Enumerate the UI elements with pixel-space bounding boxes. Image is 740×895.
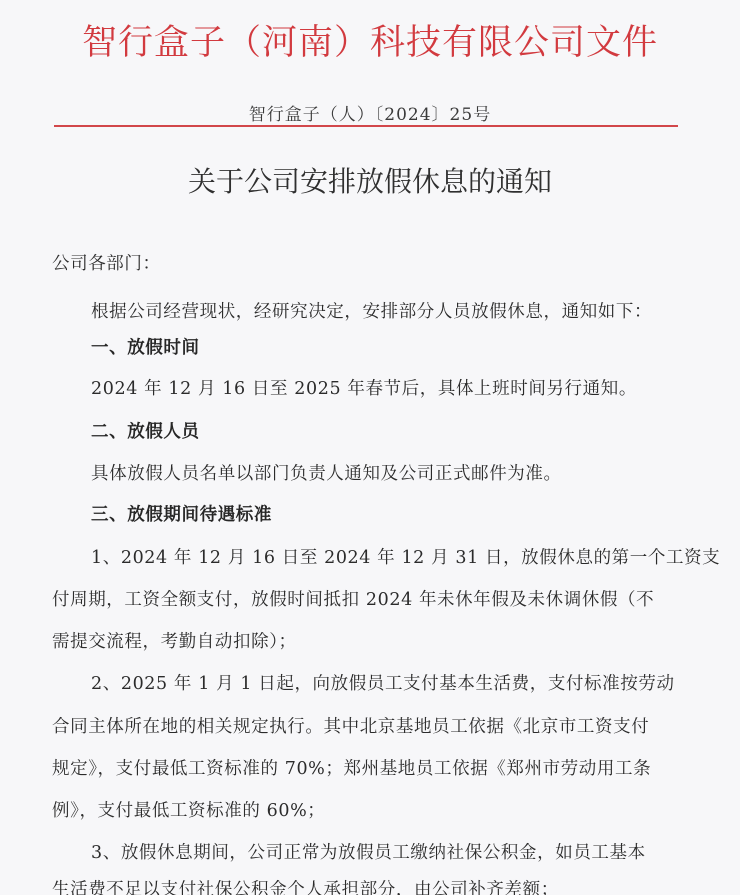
pay-item-3-line-1: 3、放假休息期间，公司正常为放假员工缴纳社保公积金，如员工基本 xyxy=(91,841,646,865)
pay-item-2-line-2: 合同主体所在地的相关规定执行。其中北京基地员工依据《北京市工资支付 xyxy=(52,715,649,739)
vacation-time-text: 2024 年 12 月 16 日至 2025 年春节后，具体上班时间另行通知。 xyxy=(91,377,637,401)
pay-item-2-line-1: 2、2025 年 1 月 1 日起，向放假员工支付基本生活费，支付标准按劳动 xyxy=(91,672,675,696)
pay-item-1-line-3: 需提交流程，考勤自动扣除）； xyxy=(52,630,297,654)
pay-item-1-line-1: 1、2024 年 12 月 16 日至 2024 年 12 月 31 日，放假休… xyxy=(91,546,720,570)
document-number: 智行盒子（人）〔2024〕25号 xyxy=(0,104,740,126)
pay-item-2-line-3: 规定》，支付最低工资标准的 70%；郑州基地员工依据《郑州市劳动用工条 xyxy=(52,757,651,781)
salutation: 公司各部门： xyxy=(52,252,161,276)
red-divider-line xyxy=(54,125,678,127)
section-heading-vacation-pay: 三、放假期间待遇标准 xyxy=(91,503,272,527)
vacation-staff-text: 具体放假人员名单以部门负责人通知及公司正式邮件为准。 xyxy=(91,462,562,486)
pay-item-3-line-2: 生活费不足以支付社保公积金个人承担部分，由公司补齐差额； xyxy=(52,878,559,895)
intro-paragraph: 根据公司经营现状，经研究决定，安排部分人员放假休息，通知如下： xyxy=(91,300,652,324)
company-letterhead: 智行盒子（河南）科技有限公司文件 xyxy=(0,18,740,68)
pay-item-1-line-2: 付周期，工资全额支付，放假时间抵扣 2024 年未休年假及未休调休假（不 xyxy=(52,588,654,612)
section-heading-vacation-staff: 二、放假人员 xyxy=(91,420,200,444)
notice-title: 关于公司安排放假休息的通知 xyxy=(0,162,740,202)
notice-document-page: 智行盒子（河南）科技有限公司文件 智行盒子（人）〔2024〕25号 关于公司安排… xyxy=(0,0,740,895)
pay-item-2-line-4: 例》，支付最低工资标准的 60%； xyxy=(52,799,325,823)
section-heading-vacation-time: 一、放假时间 xyxy=(91,336,200,360)
